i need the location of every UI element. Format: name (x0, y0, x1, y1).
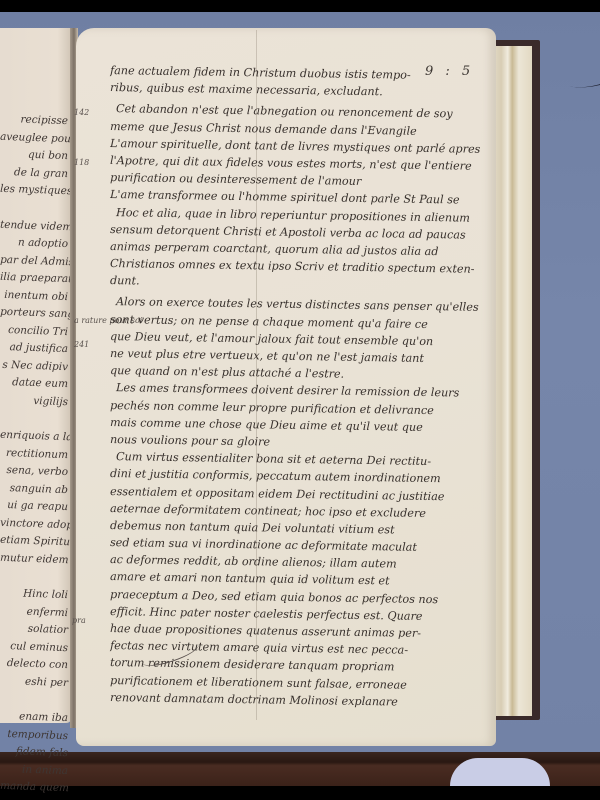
left-line: enam iba (0, 708, 70, 728)
left-line: ui ga reapu (0, 497, 70, 517)
left-line: datae eum (0, 374, 70, 394)
left-line: ad justifica (0, 339, 70, 359)
left-line: vigilijs (0, 391, 70, 411)
left-line: n adoptio (0, 234, 70, 254)
margin-note: 241 (74, 340, 89, 349)
cloth-fold (450, 758, 550, 786)
margin-note: 142 (74, 108, 89, 117)
left-line: eshi per (0, 672, 70, 692)
left-page-text: recipisse aveuglee pour qui bon de la gr… (0, 112, 70, 797)
left-line: delecto con (0, 655, 70, 675)
left-line: les mystiques (0, 181, 70, 201)
left-line: etiam Spiritum (0, 532, 70, 552)
left-line: ilia praeparati (0, 269, 70, 289)
margin-note: pra (72, 616, 86, 625)
top-black-bar (0, 0, 600, 12)
left-line: manda quem (0, 778, 70, 797)
left-line: fidem fals (0, 743, 70, 763)
left-line: enriquois a la (0, 427, 70, 447)
left-line: solatior (0, 620, 70, 640)
left-line: Hinc loli (0, 585, 70, 605)
left-line: sena, verbo (0, 462, 70, 482)
bottom-black-bar (0, 786, 600, 800)
left-line: recipisse (0, 112, 70, 131)
left-page: recipisse aveuglee pour qui bon de la gr… (0, 28, 72, 723)
margin-note: 118 (74, 158, 89, 167)
left-line: qui bon (0, 146, 70, 166)
left-line: mutur eidem (0, 549, 70, 569)
left-line: porteurs sang (0, 304, 70, 324)
manuscript-text: fane actualem fidem in Christum duobus i… (110, 62, 490, 706)
